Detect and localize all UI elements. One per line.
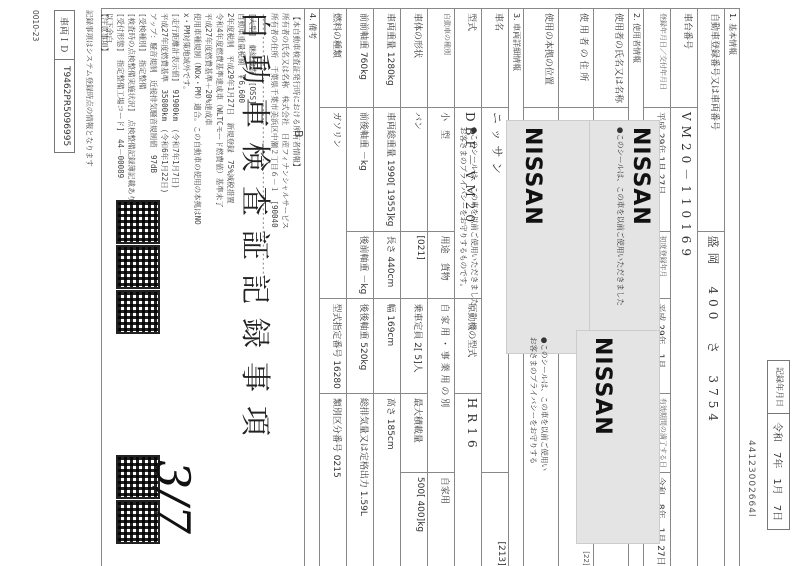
base-location-label: 使用の本拠の位置 bbox=[524, 9, 559, 108]
reg-date-label: 登録年月日／交付年月日 bbox=[644, 9, 671, 108]
fuel-label: 燃料の種類 bbox=[320, 9, 347, 108]
seal-text: ●このシールは、この車を以前ご使用いただきました bbox=[615, 127, 626, 327]
nissan-logo: NISSAN bbox=[628, 127, 653, 327]
displacement-label: 総排気量又は定格出力 1.59L bbox=[347, 393, 374, 566]
record-date-box: 記録年月日 令和 7年 1月 7日 bbox=[767, 360, 790, 530]
car-id-label: 車両ＩＤ bbox=[55, 11, 74, 60]
reg-number-label: 自動車登録番号又は車両番号 bbox=[698, 9, 725, 232]
handwritten-number: 3/7 bbox=[146, 460, 200, 534]
qr-code-3 bbox=[116, 290, 160, 334]
car-id-value: T9462PR5096995 bbox=[55, 60, 74, 152]
chassis-label: 車台番号 bbox=[671, 9, 698, 108]
note-heading: 【注意事項】 bbox=[99, 10, 110, 55]
max-load-value: 500[ 400]kg bbox=[401, 472, 428, 566]
rear-axle2-label: 後後軸重 520kg bbox=[347, 299, 374, 394]
document-page: 自動車検査証記録事項 B 記録年月日 令和 7年 1月 7日 441230026… bbox=[0, 0, 800, 566]
type-approval-label: 型式指定番号 16280 bbox=[320, 299, 347, 394]
front-axle2-label: 前後軸重 －kg bbox=[347, 108, 374, 232]
section1-heading: 1. 基本情報 bbox=[725, 9, 740, 566]
height-label: 高さ 185cm bbox=[374, 393, 401, 566]
rear-axle-label: 後前軸重 －kg bbox=[347, 231, 374, 299]
user-address-label: 使 用 者 の 住 所 bbox=[559, 9, 594, 108]
nissan-logo: NISSAN bbox=[520, 127, 545, 347]
seal-text: ●このシールは、この車を以前ご使用い お客さまのプライバシーをお守りする bbox=[528, 337, 550, 537]
privacy-seal-3: NISSAN ●このシールは、この車を以前ご使用い お客さまのプライバシーをお守… bbox=[576, 330, 660, 544]
document-number: 44123002664l bbox=[746, 440, 756, 518]
class-label: 類別区分番号 0215 bbox=[320, 393, 347, 566]
note-text: 記録事項はシステム登録時点の情報となります bbox=[84, 10, 95, 167]
max-load-label: 最大積載量 bbox=[401, 393, 428, 472]
qr-code-4 bbox=[116, 245, 160, 289]
front-axle-label: 前前軸重 760kg bbox=[347, 9, 374, 108]
section4-heading: 4. 備考 bbox=[305, 9, 320, 566]
purpose-value: 自家用 bbox=[428, 472, 455, 566]
fuel-value: ガソリン bbox=[320, 108, 347, 299]
reg-number-value: 盛岡 400 さ 3754 bbox=[698, 231, 725, 566]
body-label: 車体の形状 bbox=[401, 9, 428, 108]
record-date-value: 令和 7年 1月 7日 bbox=[768, 414, 789, 529]
width-label: 幅 169cm bbox=[374, 299, 401, 394]
address-code: [22] bbox=[582, 551, 590, 565]
user-name-label: 使用者の氏名又は名称 bbox=[594, 9, 629, 108]
nissan-logo: NISSAN bbox=[590, 337, 615, 537]
gross-label: 車両総重量 1990[ 1955]kg bbox=[374, 108, 401, 232]
kind-label: 自動車の種別 bbox=[428, 9, 455, 108]
chassis-value: VM20－110169 bbox=[671, 108, 698, 566]
maker-label: 車名 bbox=[482, 9, 509, 108]
record-date-label: 記録年月日 bbox=[768, 361, 789, 414]
car-id-box: 車両ＩＤ T9462PR5096995 bbox=[54, 10, 75, 153]
qr-code-5 bbox=[116, 200, 160, 244]
model-label: 型式 bbox=[455, 9, 482, 108]
form-code: 0010-23 bbox=[31, 10, 40, 41]
seal-text: ●このシールは、この車を以前ご使用いただきました お客さまのプライバシーをお守り… bbox=[458, 127, 480, 347]
privacy-seal-2: NISSAN ●このシールは、この車を以前ご使用いただきました お客さまのプライ… bbox=[506, 120, 590, 354]
engine-value: HR16 bbox=[455, 393, 482, 566]
length-label: 長さ 440cm bbox=[374, 231, 401, 299]
weight-label: 車両重量 1280kg bbox=[374, 9, 401, 108]
